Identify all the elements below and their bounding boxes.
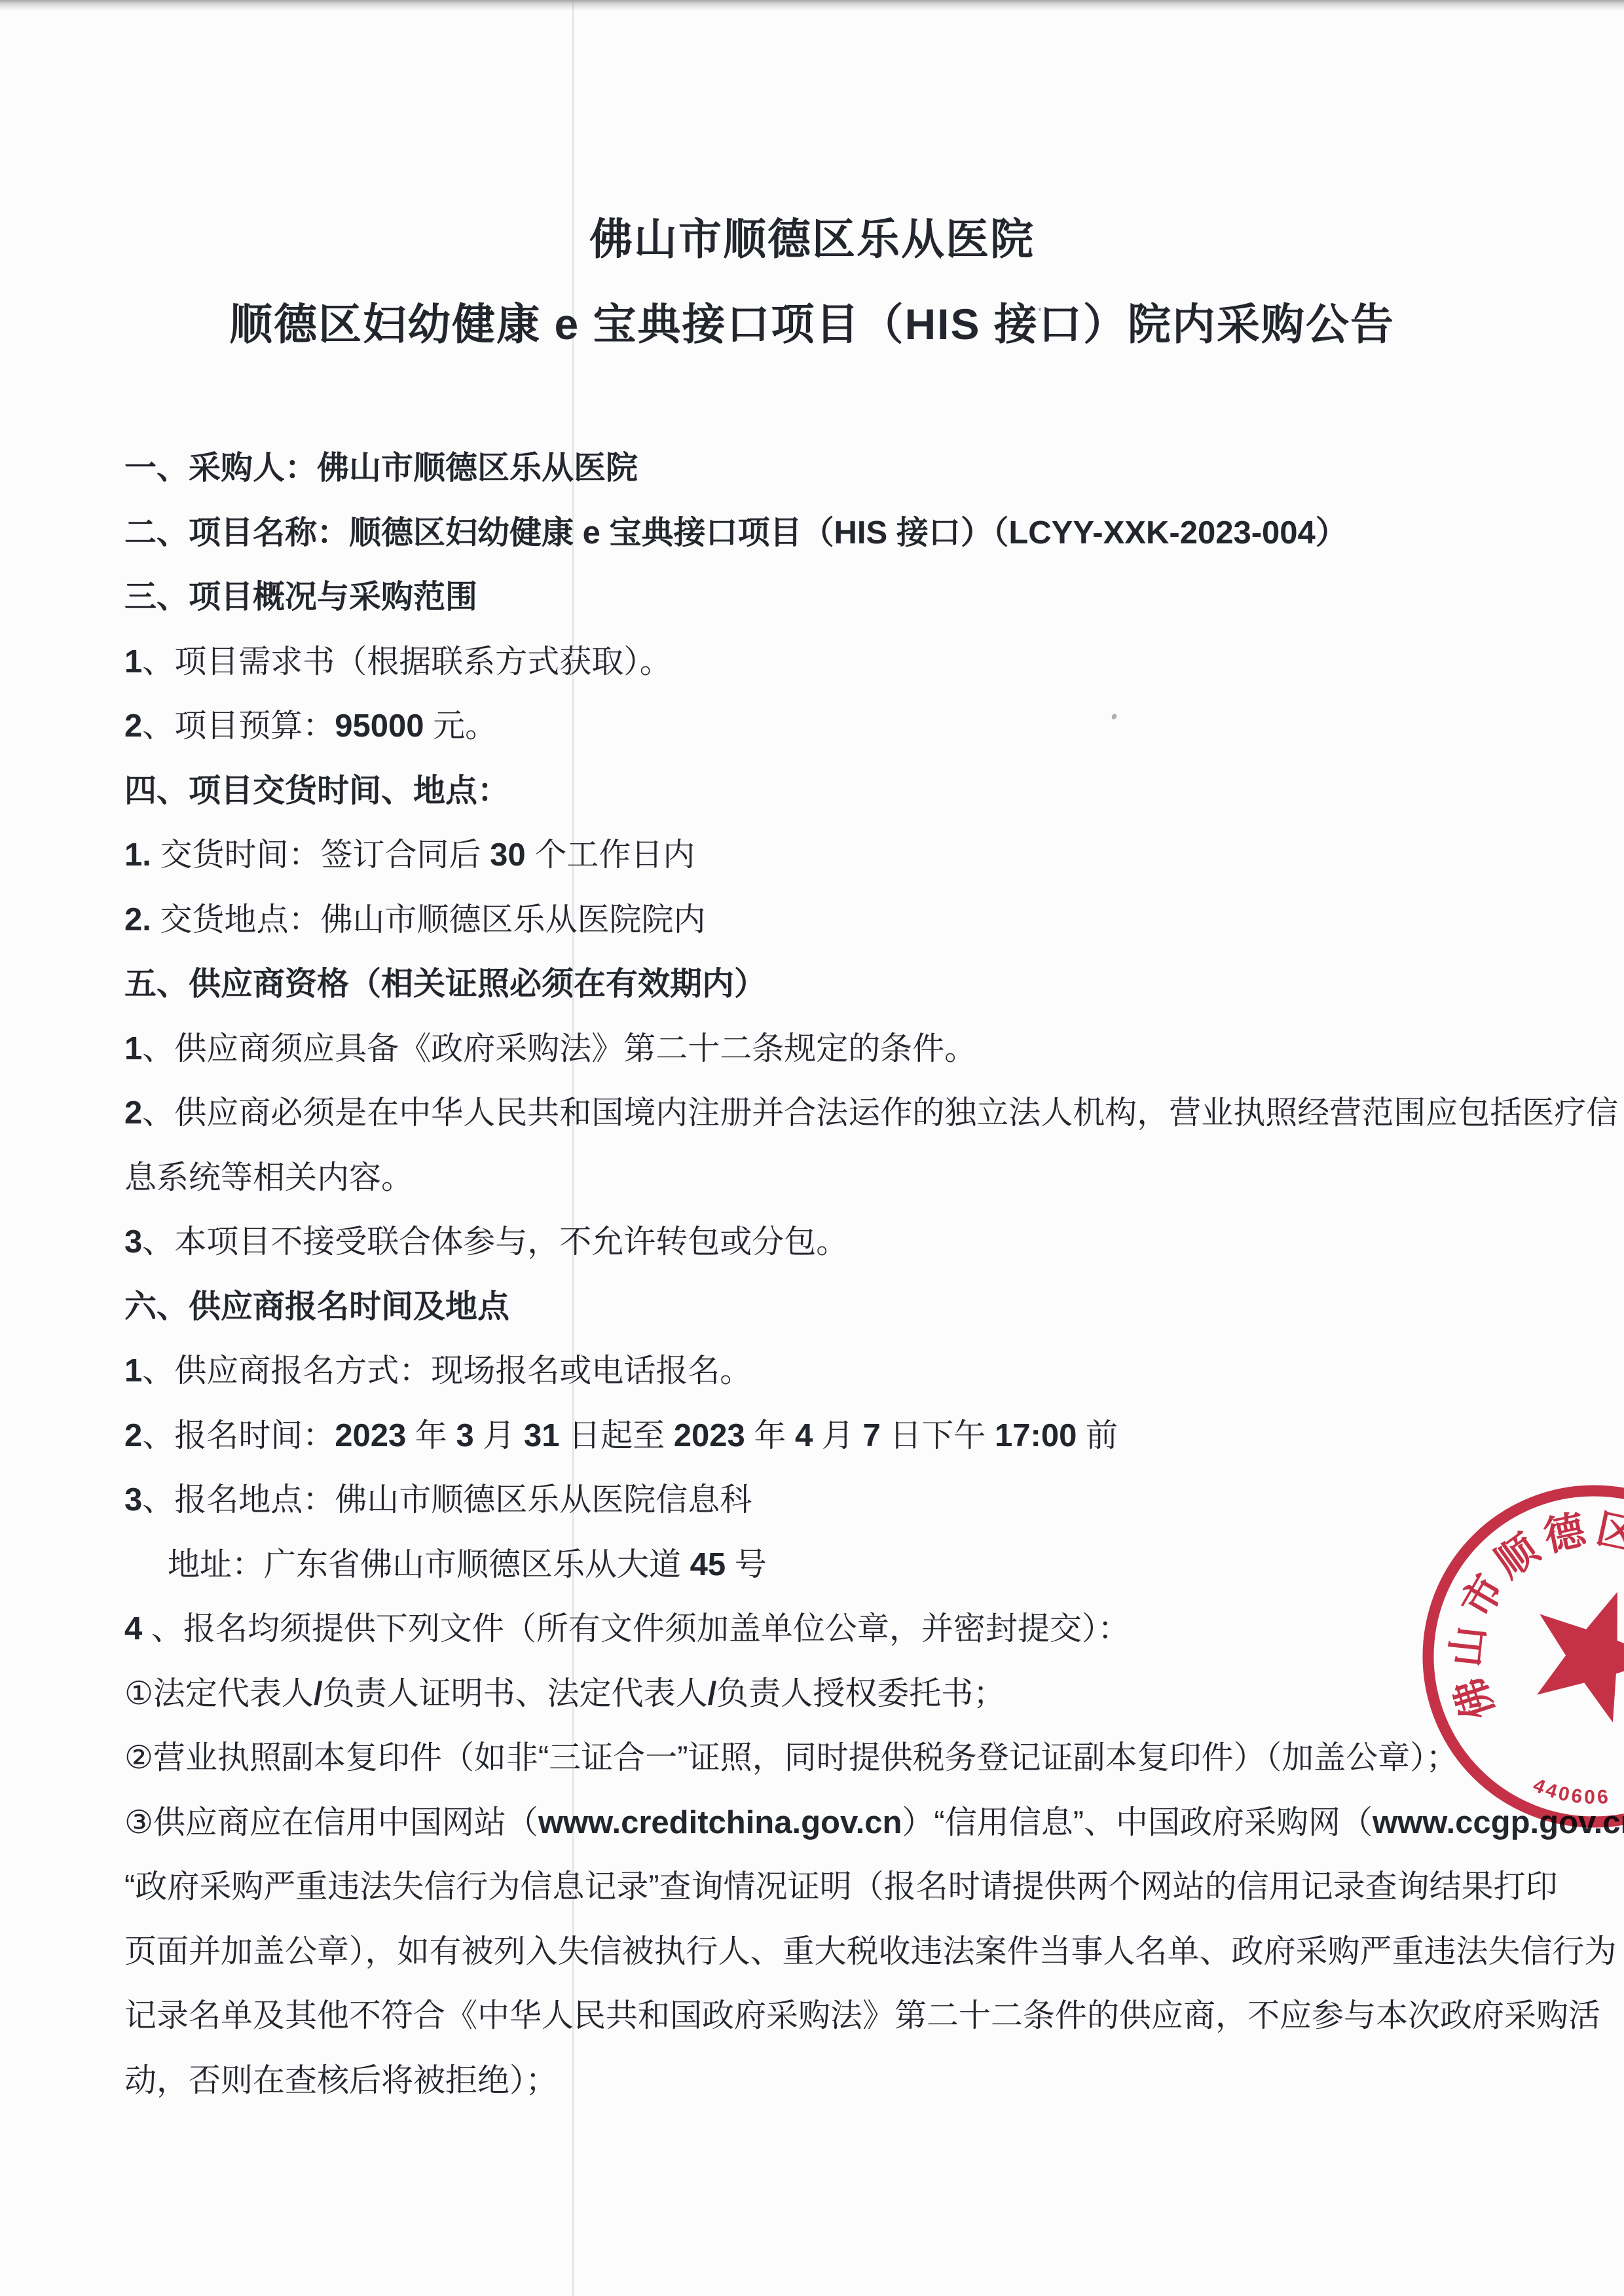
document-line: 1. 交货时间：签订合同后 30 个工作日内: [124, 823, 1506, 888]
latin-text-run: 4: [124, 1611, 142, 1647]
document-line: 一、采购人：佛山市顺德区乐从医院: [124, 436, 1506, 501]
document-line: 2. 交货地点：佛山市顺德区乐从医院院内: [124, 888, 1506, 953]
document-line: 页面并加盖公章），如有被列入失信被执行人、重大税收违法案件当事人名单、政府采购严…: [124, 1920, 1506, 1984]
latin-text-run: www.creditchina.gov.cn: [538, 1805, 902, 1840]
latin-text-run: 1: [124, 1031, 142, 1066]
latin-text-run: 2023: [674, 1418, 745, 1453]
latin-text-run: 45: [690, 1547, 726, 1582]
document-line: “政府采购严重违法失信行为信息记录”查询情况证明（报名时请提供两个网站的信用记录…: [124, 1855, 1506, 1920]
latin-text-run: 4: [795, 1418, 813, 1453]
latin-text-run: 7: [863, 1418, 881, 1453]
scanned-document-page: 佛山市顺德区乐从医院 顺德区妇幼健康 e 宝典接口项目（HIS 接口）院内采购公…: [0, 0, 1624, 2296]
latin-text-run: 2.: [124, 902, 151, 938]
document-line: 3、报名地点：佛山市顺德区乐从医院信息科: [124, 1468, 1506, 1533]
document-line: 记录名单及其他不符合《中华人民共和国政府采购法》第二十二条件的供应商，不应参与本…: [124, 1984, 1506, 2049]
latin-text-run: 2: [124, 1418, 142, 1453]
document-line: ②营业执照副本复印件（如非“三证合一”证照，同时提供税务登记证副本复印件）（加盖…: [124, 1726, 1506, 1791]
latin-text-run: 2: [124, 1095, 142, 1131]
latin-text-run: LCYY-XXK-2023-004: [1008, 515, 1315, 551]
scan-edge-artifact: [0, 0, 1624, 10]
document-line: 1、供应商报名方式：现场报名或电话报名。: [124, 1339, 1506, 1404]
latin-text-run: 2023: [335, 1418, 406, 1453]
document-line: 五、供应商资格（相关证照必须在有效期内）: [124, 952, 1506, 1017]
document-title-announcement: 顺德区妇幼健康 e 宝典接口项目（HIS 接口）院内采购公告: [0, 302, 1624, 346]
latin-text-run: 30: [490, 837, 526, 873]
document-line: 1、供应商须应具备《政府采购法》第二十二条规定的条件。: [124, 1017, 1506, 1082]
document-line: ①法定代表人/负责人证明书、法定代表人/负责人授权委托书；: [124, 1662, 1506, 1726]
document-line: 1、项目需求书（根据联系方式获取）。: [124, 630, 1506, 695]
document-line: 地址：广东省佛山市顺德区乐从大道 45 号: [124, 1533, 1506, 1597]
document-line: 息系统等相关内容。: [124, 1146, 1506, 1211]
document-body: 一、采购人：佛山市顺德区乐从医院二、项目名称：顺德区妇幼健康 e 宝典接口项目（…: [124, 436, 1506, 2113]
document-line: 六、供应商报名时间及地点: [124, 1275, 1506, 1339]
document-line: 四、项目交货时间、地点：: [124, 759, 1506, 824]
latin-text-run: /: [708, 1676, 717, 1711]
document-line: 2、报名时间：2023 年 3 月 31 日起至 2023 年 4 月 7 日下…: [124, 1404, 1506, 1468]
document-line: 二、项目名称：顺德区妇幼健康 e 宝典接口项目（HIS 接口）（LCYY-XXK…: [124, 501, 1506, 566]
latin-text-run: 1: [124, 1353, 142, 1389]
document-line: 2、项目预算：95000 元。: [124, 694, 1506, 759]
document-line: ③供应商应在信用中国网站（www.creditchina.gov.cn）“信用信…: [124, 1791, 1506, 1855]
seal-star-icon: [1513, 1569, 1624, 1731]
document-line: 2、供应商必须是在中华人民共和国境内注册并合法运作的独立法人机构，营业执照经营范…: [124, 1081, 1506, 1146]
latin-text-run: 3: [456, 1418, 474, 1453]
latin-text-run: 95000: [335, 708, 424, 744]
latin-text-run: 1.: [124, 837, 151, 873]
document-title-hospital: 佛山市顺德区乐从医院: [0, 217, 1624, 261]
latin-text-run: 3: [124, 1482, 142, 1518]
latin-text-run: 17:00: [995, 1418, 1077, 1453]
document-line: 动，否则在查核后将被拒绝）；: [124, 2049, 1506, 2113]
latin-text-run: HIS: [834, 515, 888, 551]
latin-text-run: 3: [124, 1224, 142, 1260]
latin-text-run: 31: [524, 1418, 560, 1453]
latin-text-run: e: [583, 515, 600, 551]
latin-text-run: 1: [124, 644, 142, 680]
official-seal: 佛山市顺德区乐从医院 440606: [1365, 1427, 1624, 1886]
document-line: 4 、报名均须提供下列文件（所有文件须加盖单位公章，并密封提交）：: [124, 1597, 1506, 1662]
seal-code: 440606: [1530, 1774, 1611, 1808]
document-line: 3、本项目不接受联合体参与，不允许转包或分包。: [124, 1210, 1506, 1275]
latin-text-run: /: [314, 1676, 323, 1711]
document-line: 三、项目概况与采购范围: [124, 565, 1506, 630]
latin-text-run: 2: [124, 708, 142, 744]
